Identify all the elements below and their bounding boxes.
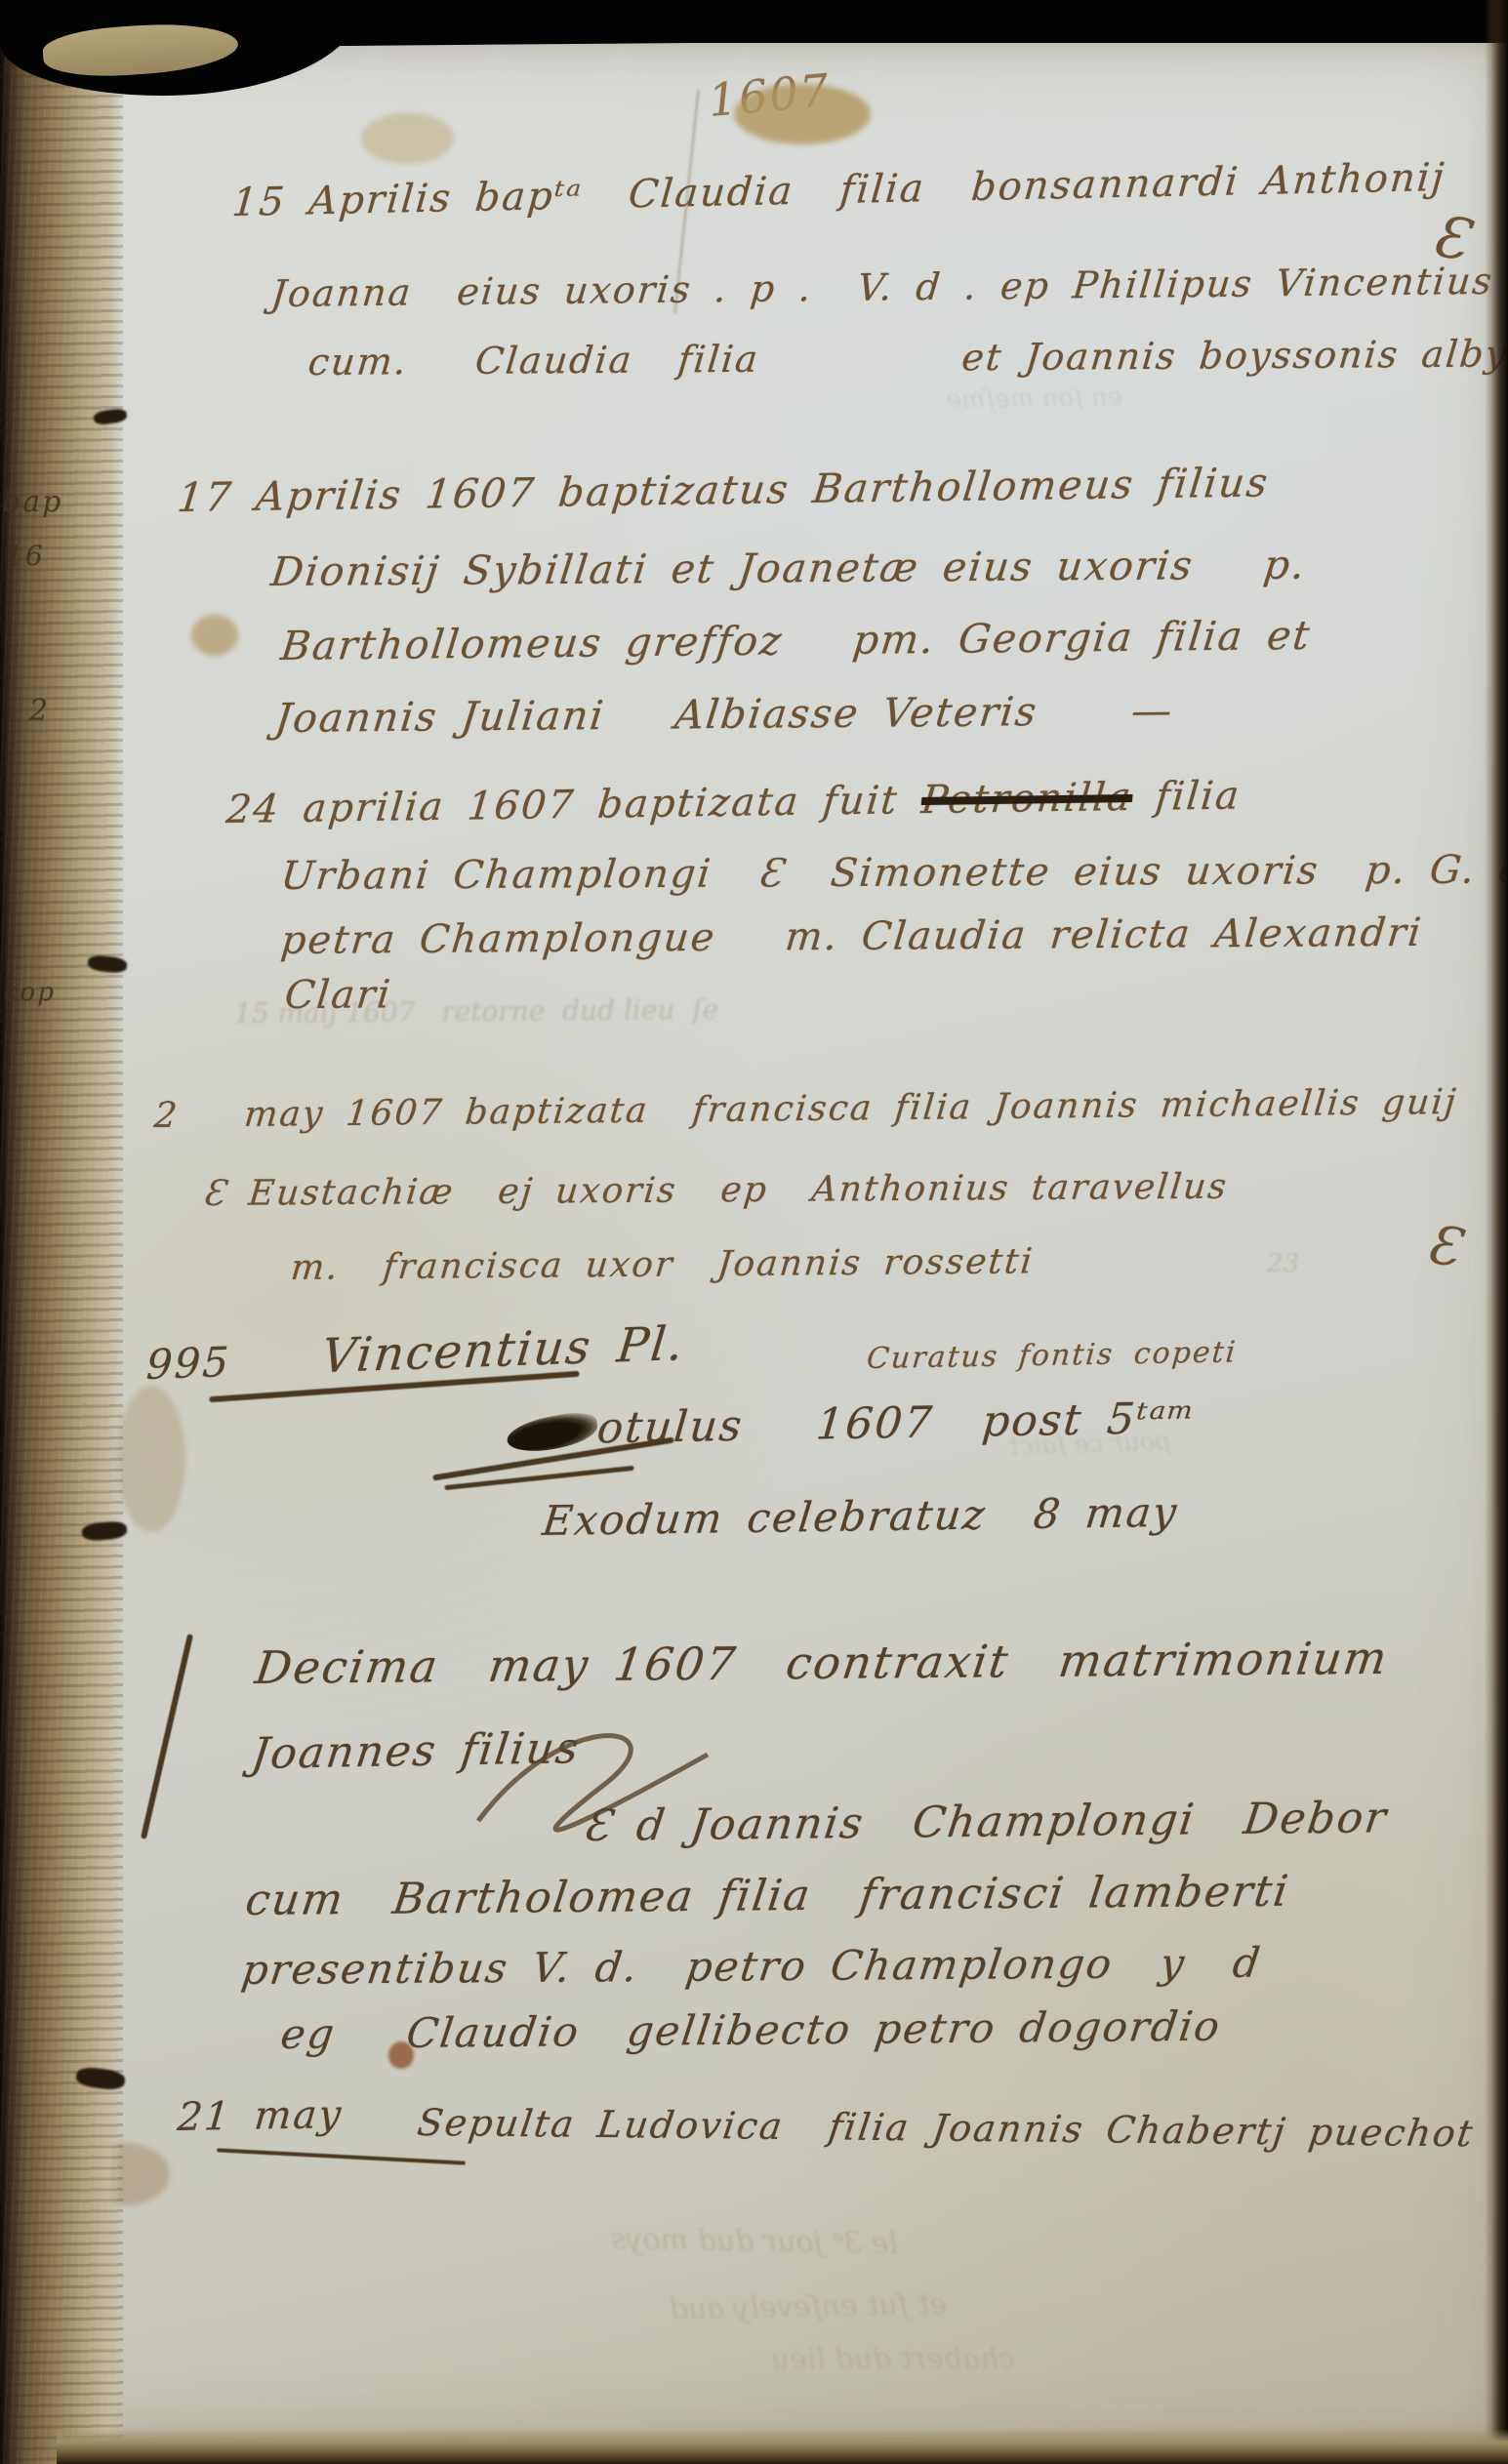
bleedthrough-text: et fut enſevely aud [669, 2287, 947, 2326]
marriage-entry-line: cum Bartholomea filia francisci lamberti [243, 1871, 1292, 1922]
baptism-entry-line: Barthollomeus greffoz pm. Georgia filia … [279, 616, 1314, 666]
note-text: otulus 1607 post 5ᵗᵃᵐ [595, 1394, 1198, 1454]
paraph-mark: Ɛ [1423, 1218, 1465, 1274]
bleedthrough-text: 23 [1267, 1249, 1299, 1278]
margin-note: 16 [6, 543, 45, 570]
margin-note: cop [4, 980, 56, 1005]
note-line: Exodum celebratuz 8 may [541, 1492, 1180, 1542]
baptism-entry-line: Ɛ Eustachiæ ej uxoris ep Anthonius tarav… [201, 1170, 1229, 1212]
baptism-entry-line: cum. Claudia filia et Joannis boyssonis … [306, 335, 1508, 381]
spine-texture [0, 0, 123, 2464]
marriage-entry-line: eg Claudio gellibecto petro dogordio [278, 2006, 1223, 2055]
water-stain [117, 1386, 185, 1532]
baptism-entry-line: Dionisij Sybillati et Joanetæ eius uxori… [269, 545, 1309, 592]
note-line: otulus 1607 post 5ᵗᵃᵐ [506, 1397, 1197, 1452]
curate-name: Vincentius Pl. [319, 1320, 686, 1380]
page-right-edge [1485, 0, 1508, 2464]
entry-text: filia [1130, 773, 1243, 820]
ink-stain [361, 113, 454, 164]
note-number: 995 [145, 1342, 231, 1386]
burial-entry-date: 21 may [176, 2095, 344, 2137]
margin-note: bap [2, 488, 62, 517]
bleedthrough-text: chabert dud lieu [771, 2342, 1015, 2376]
baptism-entry-line: Clari [283, 975, 393, 1015]
bleedthrough-text: le 3ᵉ jour dud moys [611, 2222, 898, 2261]
ink-stain [191, 615, 238, 656]
manuscript-photo: en ſon meſme 15 maij 1607 retorne dud li… [0, 0, 1508, 2464]
baptism-entry-line: Joannis Juliani Albiasse Veteris — [273, 691, 1176, 739]
marriage-entry-line: presentibus V. d. petro Champlongo y d [239, 1943, 1264, 1991]
baptism-entry-line: Urbani Champlongi Ɛ Simonette eius uxori… [279, 850, 1508, 896]
baptism-entry-line: petra Champlongue m. Claudia relicta Ale… [279, 913, 1424, 960]
smudge-over-folio [734, 84, 871, 144]
bleedthrough-text: en ſon meſme [946, 383, 1122, 415]
margin-note: 2 [29, 697, 50, 726]
baptism-entry-line: m. francisca uxor Joannis rossetti [289, 1244, 1036, 1286]
crossed-out-name: Petronilla [919, 775, 1134, 823]
marriage-entry-line: Decima may 1607 contraxit matrimonium [253, 1636, 1391, 1690]
page-bottom-edge [57, 2429, 1508, 2464]
burial-entry-text: Sepulta Ludovica filia Joannis Chabertj … [415, 2104, 1476, 2152]
curate-title: Curatus fontis copeti [866, 1338, 1239, 1374]
marriage-entry-line: Ɛ d Joannis Champlongi Debor [581, 1797, 1390, 1848]
